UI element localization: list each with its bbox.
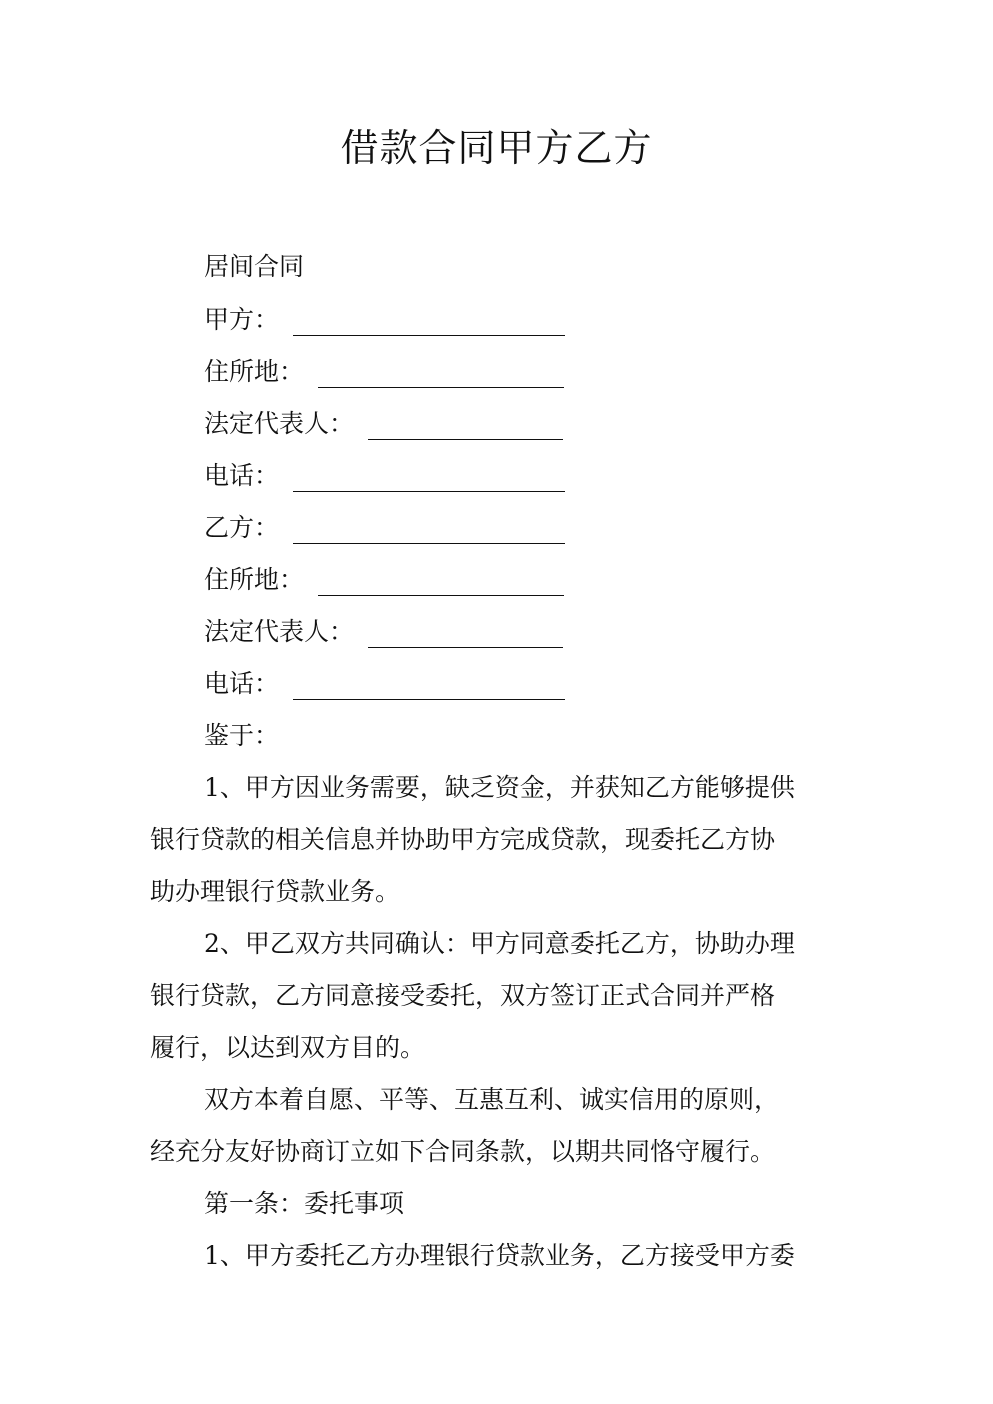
whereas-2-line-3: 履行，以达到双方目的。	[150, 1032, 840, 1064]
whereas-1-line-2: 银行贷款的相关信息并协助甲方完成贷款，现委托乙方协	[150, 824, 840, 856]
party-a-name-label: 甲方：	[204, 304, 279, 336]
article-1-clause-1: 1、甲方委托乙方办理银行贷款业务，乙方接受甲方委	[204, 1240, 894, 1272]
party-a-phone-field: 电话：	[204, 460, 894, 492]
party-b-name-blank[interactable]	[293, 515, 565, 544]
party-b-phone-label: 电话：	[204, 668, 279, 700]
party-b-rep-field: 法定代表人：	[204, 616, 894, 648]
party-a-name-blank[interactable]	[293, 307, 565, 336]
party-b-address-blank[interactable]	[318, 567, 564, 596]
party-a-rep-blank[interactable]	[368, 411, 563, 440]
subtitle: 居间合同	[204, 251, 894, 283]
party-b-phone-blank[interactable]	[293, 671, 565, 700]
party-a-rep-field: 法定代表人：	[204, 408, 894, 440]
party-a-address-blank[interactable]	[318, 359, 564, 388]
principle-line-1: 双方本着自愿、平等、互惠互利、诚实信用的原则，	[204, 1084, 894, 1116]
party-b-rep-label: 法定代表人：	[204, 616, 354, 648]
party-a-address-label: 住所地：	[204, 356, 304, 388]
principle-line-2: 经充分友好协商订立如下合同条款，以期共同恪守履行。	[150, 1136, 840, 1168]
whereas-label: 鉴于：	[204, 720, 894, 752]
party-a-name-field: 甲方：	[204, 304, 894, 336]
article-1-heading: 第一条：委托事项	[204, 1188, 894, 1220]
party-a-phone-blank[interactable]	[293, 463, 565, 492]
party-b-address-label: 住所地：	[204, 564, 304, 596]
whereas-2-line-1: 2、甲乙双方共同确认：甲方同意委托乙方，协助办理	[204, 928, 894, 960]
party-a-rep-label: 法定代表人：	[204, 408, 354, 440]
whereas-1-line-1: 1、甲方因业务需要，缺乏资金，并获知乙方能够提供	[204, 772, 894, 804]
party-b-phone-field: 电话：	[204, 668, 894, 700]
whereas-1-line-3: 助办理银行贷款业务。	[150, 876, 840, 908]
whereas-2-line-2: 银行贷款，乙方同意接受委托，双方签订正式合同并严格	[150, 980, 840, 1012]
party-b-name-label: 乙方：	[204, 512, 279, 544]
party-a-phone-label: 电话：	[204, 460, 279, 492]
document-title: 借款合同甲方乙方	[0, 120, 993, 176]
party-b-address-field: 住所地：	[204, 564, 894, 596]
party-a-address-field: 住所地：	[204, 356, 894, 388]
party-b-rep-blank[interactable]	[368, 619, 563, 648]
party-b-name-field: 乙方：	[204, 512, 894, 544]
